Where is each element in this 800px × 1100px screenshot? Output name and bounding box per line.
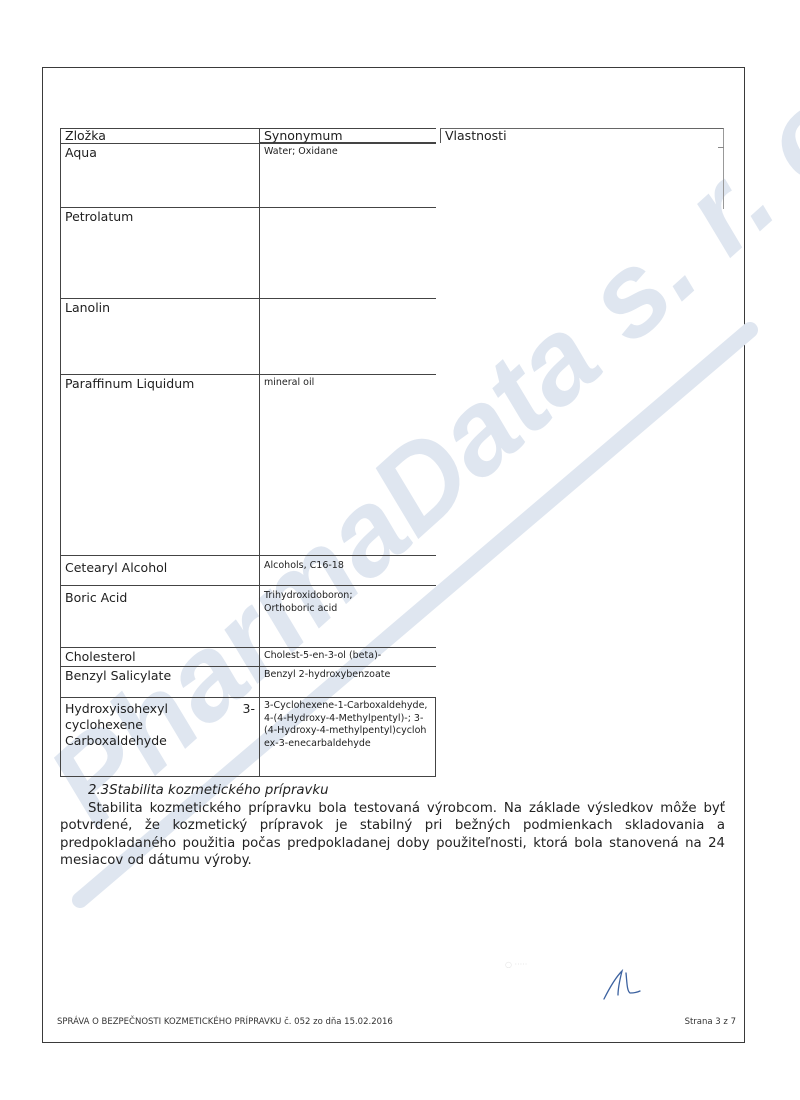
faint-stamp: ○ ····· — [505, 960, 527, 969]
table-row: Paraffinum Liquidum mineral oil — [60, 374, 436, 555]
header-synonym: Synonymum — [260, 129, 436, 143]
component-name: Benzyl Salicylate — [60, 667, 260, 697]
synonym: 3-Cyclohexene-1-Carboxaldehyde, 4-(4-Hyd… — [260, 698, 436, 776]
table-row: Cholesterol Cholest-5-en-3-ol (beta)- — [60, 647, 436, 666]
header-component: Zložka — [60, 129, 260, 143]
table-row: Hydroxyisohexyl 3- cyclohexene Carboxald… — [60, 697, 436, 777]
component-name-part: 3- — [243, 701, 255, 717]
component-name: Aqua — [60, 144, 260, 207]
synonym: mineral oil — [260, 375, 436, 555]
stability-section: 2.3Stabilita kozmetického prípravku Stab… — [60, 782, 725, 870]
table-row: Petrolatum — [60, 207, 436, 298]
table-row: Lanolin — [60, 298, 436, 374]
synonym — [260, 299, 436, 374]
table-header-row: Zložka Synonymum — [60, 128, 436, 143]
footer-report-title: SPRÁVA O BEZPEČNOSTI KOZMETICKÉHO PRÍPRA… — [57, 1017, 393, 1027]
component-name-part: cyclohexene Carboxaldehyde — [65, 717, 175, 749]
properties-header-label: Vlastnosti — [445, 129, 507, 143]
table-row: Benzyl Salicylate Benzyl 2-hydroxybenzoa… — [60, 666, 436, 697]
component-name: Paraffinum Liquidum — [60, 375, 260, 555]
component-name: Cetearyl Alcohol — [60, 556, 260, 585]
component-name-part: Hydroxyisohexyl — [65, 701, 168, 717]
synonym — [260, 208, 436, 298]
synonym: Benzyl 2-hydroxybenzoate — [260, 667, 436, 697]
component-name: Hydroxyisohexyl 3- cyclohexene Carboxald… — [60, 698, 260, 776]
component-name: Boric Acid — [60, 586, 260, 647]
component-name: Petrolatum — [60, 208, 260, 298]
synonym: Cholest-5-en-3-ol (beta)- — [260, 648, 436, 666]
synonym: Trihydroxidoboron; Orthoboric acid — [260, 586, 436, 647]
table-row: Boric Acid Trihydroxidoboron; Orthoboric… — [60, 585, 436, 647]
section-body: Stabilita kozmetického prípravku bola te… — [60, 800, 725, 870]
table-row: Aqua Water; Oxidane — [60, 143, 436, 207]
synonym: Alcohols, C16-18 — [260, 556, 436, 585]
footer-page-number: Strana 3 z 7 — [685, 1017, 736, 1027]
component-name: Cholesterol — [60, 648, 260, 666]
section-title: 2.3Stabilita kozmetického prípravku — [60, 782, 725, 800]
properties-column-header: Vlastnosti — [440, 128, 724, 209]
synonym: Water; Oxidane — [260, 144, 436, 207]
signature-icon — [600, 965, 650, 1005]
component-name: Lanolin — [60, 299, 260, 374]
table-row: Cetearyl Alcohol Alcohols, C16-18 — [60, 555, 436, 585]
